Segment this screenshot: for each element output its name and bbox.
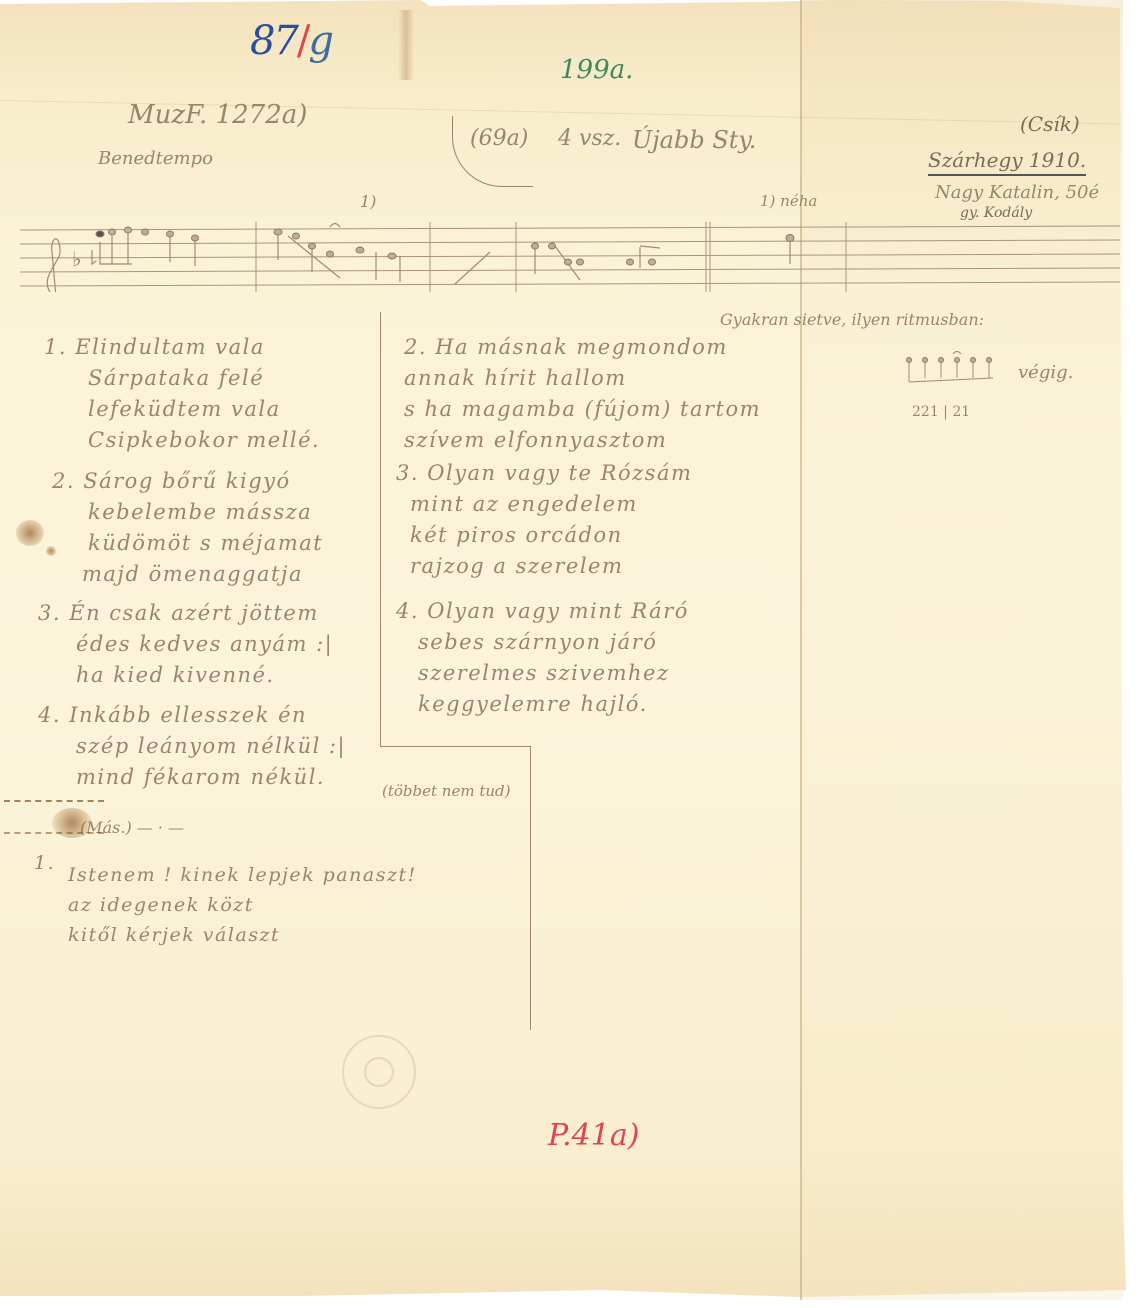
footnote-marker: 1)	[360, 192, 376, 211]
archive-reference: MuzF. 1272a)	[128, 100, 307, 130]
catalog-number-green: 199a.	[560, 55, 633, 85]
ink-stain	[16, 520, 44, 546]
verse-right-3: 3. Olyan vagy te Rózsám mint az engedele…	[396, 458, 692, 582]
collector-name: gy. Kodály	[960, 205, 1032, 221]
ethnic-group: (Csík)	[1020, 112, 1080, 136]
rhythm-grouping: 221 | 21	[912, 404, 970, 420]
dashed-stain-marks	[4, 800, 104, 834]
variant-number: 1.	[34, 848, 55, 879]
rhythm-end-word: végig.	[1018, 362, 1073, 383]
footnote-text: 1) néha	[760, 192, 817, 210]
verse-right-2: 2. Ha másnak megmondom annak hírit hallo…	[404, 332, 761, 456]
verse-left-1: 1. Elindultam vala Sárpataka felé lefekü…	[44, 332, 320, 456]
catalog-number-blue: 87/g	[250, 18, 332, 64]
place-year: Szárhegy 1910.	[928, 148, 1086, 176]
tempo-marking: Benedtempo	[98, 148, 213, 169]
rhythm-instruction: Gyakran sietve, ilyen ritmusban:	[720, 310, 984, 329]
ink-stain	[46, 546, 56, 556]
tape-stain	[398, 10, 414, 80]
svg-text:♭: ♭	[72, 247, 81, 271]
faded-library-stamp	[342, 1035, 416, 1109]
catalog-number-red: P.41a)	[548, 1118, 639, 1153]
variant-verse: Istenem ! kinek lepjek panaszt! az idege…	[68, 860, 417, 950]
verse-left-4: 4. Inkább ellesszek én szép leányom nélk…	[38, 700, 346, 793]
music-staff: ♭	[20, 222, 1120, 292]
verse-left-3: 3. Én csak azért jöttem édes kedves anyá…	[38, 598, 333, 691]
verse-box-extension	[530, 746, 531, 1030]
style-label: Újabb Sty.	[632, 126, 756, 154]
verse-count: 4 vsz.	[558, 126, 621, 151]
singer-name: Nagy Katalin, 50é	[935, 182, 1099, 203]
rhythm-notation	[905, 350, 1005, 390]
aside-note: (többet nem tud)	[382, 782, 510, 800]
verse-right-4: 4. Olyan vagy mint Ráró sebes szárnyon j…	[396, 596, 689, 720]
circled-reference: (69a)	[470, 126, 528, 151]
verse-left-2: 2. Sárog bőrű kigyó kebelembe mássza küd…	[52, 466, 323, 590]
